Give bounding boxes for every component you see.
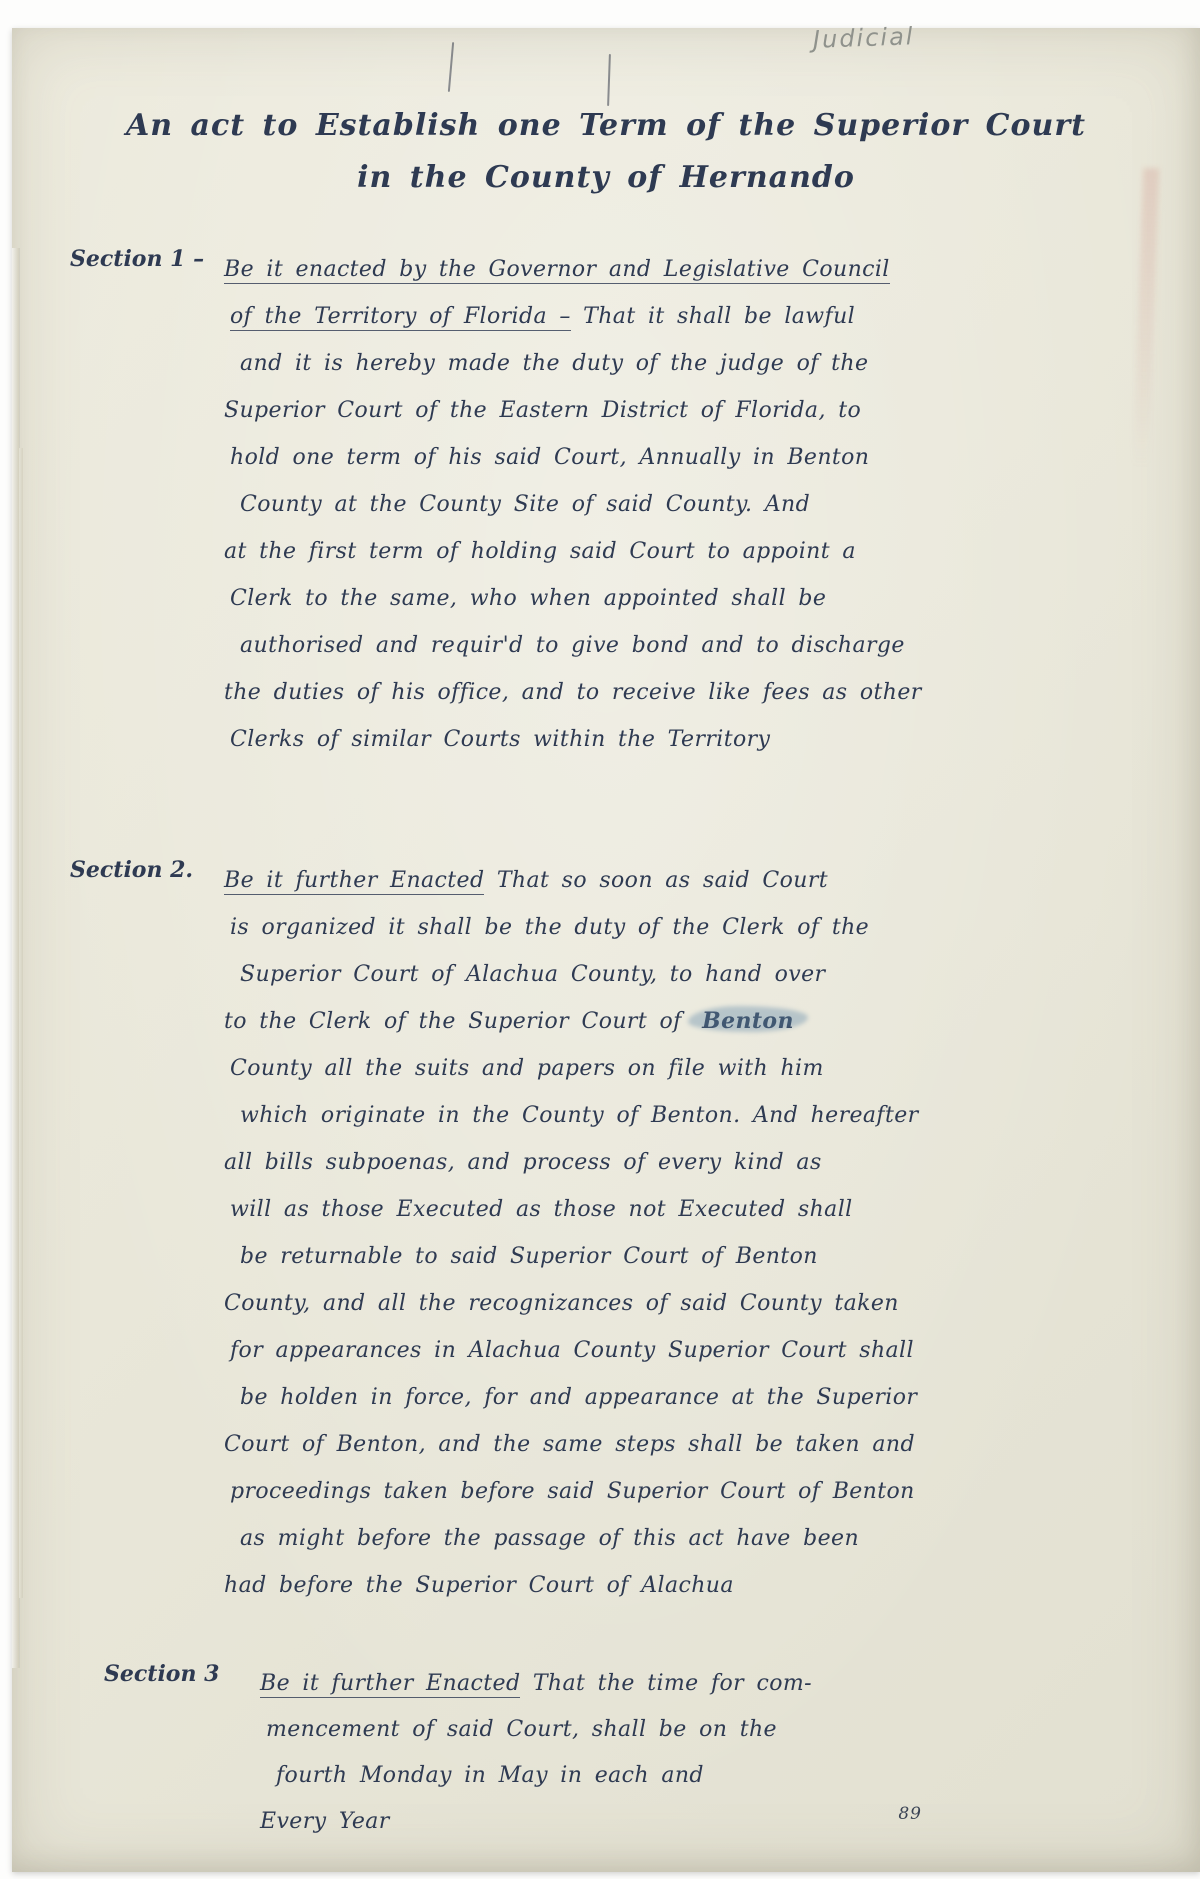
manuscript-line: which originate in the County of Benton.… [240, 1092, 1160, 1139]
section-3-label: Section 3 [104, 1661, 219, 1687]
manuscript-line: is organized it shall be the duty of the… [230, 904, 1160, 951]
section-1-body: Be it enacted by the Governor and Legisl… [224, 246, 1160, 763]
manuscript-line: will as those Executed as those not Exec… [230, 1186, 1160, 1233]
manuscript-line: be holden in force, for and appearance a… [240, 1374, 1160, 1421]
overwritten-correction: Benton [694, 1008, 802, 1034]
manuscript-line: and it is hereby made the duty of the ju… [240, 340, 1160, 387]
manuscript-line: Court of Benton, and the same steps shal… [224, 1421, 1160, 1468]
manuscript-line: Be it further Enacted That so soon as sa… [224, 857, 1160, 904]
manuscript-line: the duties of his office, and to receive… [224, 669, 1160, 716]
manuscript-line: hold one term of his said Court, Annuall… [230, 434, 1160, 481]
section-1: Section 1 – Be it enacted by the Governo… [12, 246, 1200, 763]
manuscript-line: Clerks of similar Courts within the Terr… [230, 716, 1160, 763]
manuscript-line: County all the suits and papers on file … [230, 1045, 1160, 1092]
manuscript-line: to the Clerk of the Superior Court of Be… [224, 998, 1160, 1045]
document-title: An act to Establish one Term of the Supe… [12, 28, 1200, 204]
manuscript-line: be returnable to said Superior Court of … [240, 1233, 1160, 1280]
underlined-enacting-clause: of the Territory of Florida – [230, 304, 571, 331]
title-line-1: An act to Establish one Term of the Supe… [126, 108, 1086, 143]
manuscript-line: of the Territory of Florida – That it sh… [230, 293, 1160, 340]
manuscript-line: Superior Court of Alachua County, to han… [240, 951, 1160, 998]
manuscript-line: authorised and requir'd to give bond and… [240, 622, 1160, 669]
manuscript-line: County, and all the recognizances of sai… [224, 1280, 1160, 1327]
manuscript-line: County at the County Site of said County… [240, 481, 1160, 528]
section-2-label: Section 2. [70, 857, 193, 883]
underlined-enacting-clause: Be it enacted by the Governor and Legisl… [224, 257, 890, 284]
document-page: Judicial An act to Establish one Term of… [12, 28, 1200, 1872]
title-line-2: in the County of Hernando [357, 160, 855, 195]
manuscript-line: at the first term of holding said Court … [224, 528, 1160, 575]
page-number: 89 [898, 1804, 922, 1824]
section-2: Section 2. Be it further Enacted That so… [12, 857, 1200, 1609]
section-1-label: Section 1 – [70, 246, 204, 272]
manuscript-line: mencement of said Court, shall be on the [266, 1707, 1160, 1753]
manuscript-line: had before the Superior Court of Alachua [224, 1562, 1160, 1609]
manuscript-line: Clerk to the same, who when appointed sh… [230, 575, 1160, 622]
manuscript-line: as might before the passage of this act … [240, 1515, 1160, 1562]
underlined-enacting-clause: Be it further Enacted [260, 1671, 520, 1698]
section-2-body: Be it further Enacted That so soon as sa… [224, 857, 1160, 1609]
manuscript-line: for appearances in Alachua County Superi… [230, 1327, 1160, 1374]
pencil-annotation-judicial: Judicial [812, 22, 914, 54]
scanned-manuscript: Judicial An act to Establish one Term of… [0, 0, 1200, 1879]
manuscript-line: Be it enacted by the Governor and Legisl… [224, 246, 1160, 293]
manuscript-line: Be it further Enacted That the time for … [260, 1661, 1160, 1707]
underlined-enacting-clause: Be it further Enacted [224, 868, 484, 895]
manuscript-line: all bills subpoenas, and process of ever… [224, 1139, 1160, 1186]
section-3-body: Be it further Enacted That the time for … [260, 1661, 1160, 1845]
manuscript-line: Superior Court of the Eastern District o… [224, 387, 1160, 434]
section-3: Section 3 Be it further Enacted That the… [12, 1661, 1200, 1845]
manuscript-line: fourth Monday in May in each and [276, 1753, 1160, 1799]
manuscript-line: proceedings taken before said Superior C… [230, 1468, 1160, 1515]
manuscript-line: Every Year [260, 1799, 1160, 1845]
